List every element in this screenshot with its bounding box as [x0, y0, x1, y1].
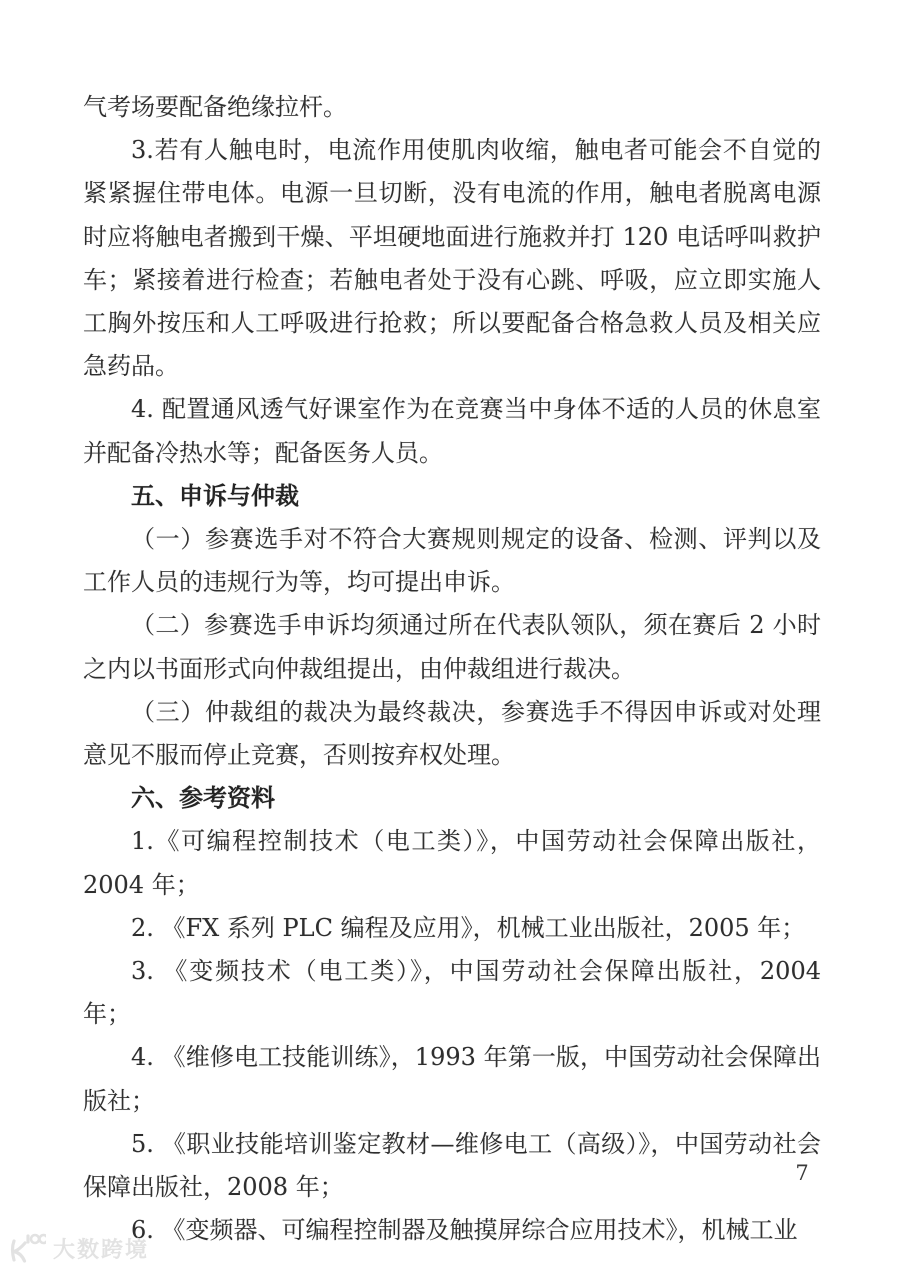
paragraph: 1.《可编程控制技术（电工类）》，中国劳动社会保障出版社，2004 年； [83, 820, 821, 906]
paragraph: （一）参赛选手对不符合大赛规则规定的设备、检测、评判以及工作人员的违规行为等，均… [83, 518, 821, 604]
paragraph: （二）参赛选手申诉均须通过所在代表队领队，须在赛后 2 小时之内以书面形式向仲裁… [83, 604, 821, 690]
paragraph: 6. 《变频器、可编程控制器及触摸屏综合应用技术》，机械工业 [83, 1209, 821, 1252]
document-page: 气考场要配备绝缘拉杆。3.若有人触电时，电流作用使肌肉收缩，触电者可能会不自觉的… [0, 0, 900, 1273]
paragraph: 4. 《维修电工技能训练》，1993 年第一版，中国劳动社会保障出版社； [83, 1036, 821, 1122]
paragraph: 4. 配置通风透气好课室作为在竞赛当中身体不适的人员的休息室并配备冷热水等；配备… [83, 388, 821, 474]
paragraph: 气考场要配备绝缘拉杆。 [83, 86, 821, 129]
section-heading: 六、参考资料 [83, 777, 821, 820]
paragraph: 3. 《变频技术（电工类）》，中国劳动社会保障出版社，2004 年； [83, 950, 821, 1036]
paragraph: 3.若有人触电时，电流作用使肌肉收缩，触电者可能会不自觉的紧紧握住带电体。电源一… [83, 129, 821, 388]
watermark: 大数跨境 [8, 1232, 149, 1264]
paragraph: （三）仲裁组的裁决为最终裁决，参赛选手不得因申诉或对处理意见不服而停止竞赛，否则… [83, 691, 821, 777]
watermark-brand-text: 大数跨境 [53, 1233, 149, 1264]
section-heading: 五、申诉与仲裁 [83, 475, 821, 518]
paragraph: 2. 《FX 系列 PLC 编程及应用》，机械工业出版社，2005 年； [83, 907, 821, 950]
document-body: 气考场要配备绝缘拉杆。3.若有人触电时，电流作用使肌肉收缩，触电者可能会不自觉的… [83, 86, 821, 1252]
page-number: 7 [790, 1161, 814, 1185]
paragraph: 5. 《职业技能培训鉴定教材—维修电工（高级）》，中国劳动社会保障出版社，200… [83, 1123, 821, 1209]
k100-logo-icon [8, 1232, 46, 1264]
